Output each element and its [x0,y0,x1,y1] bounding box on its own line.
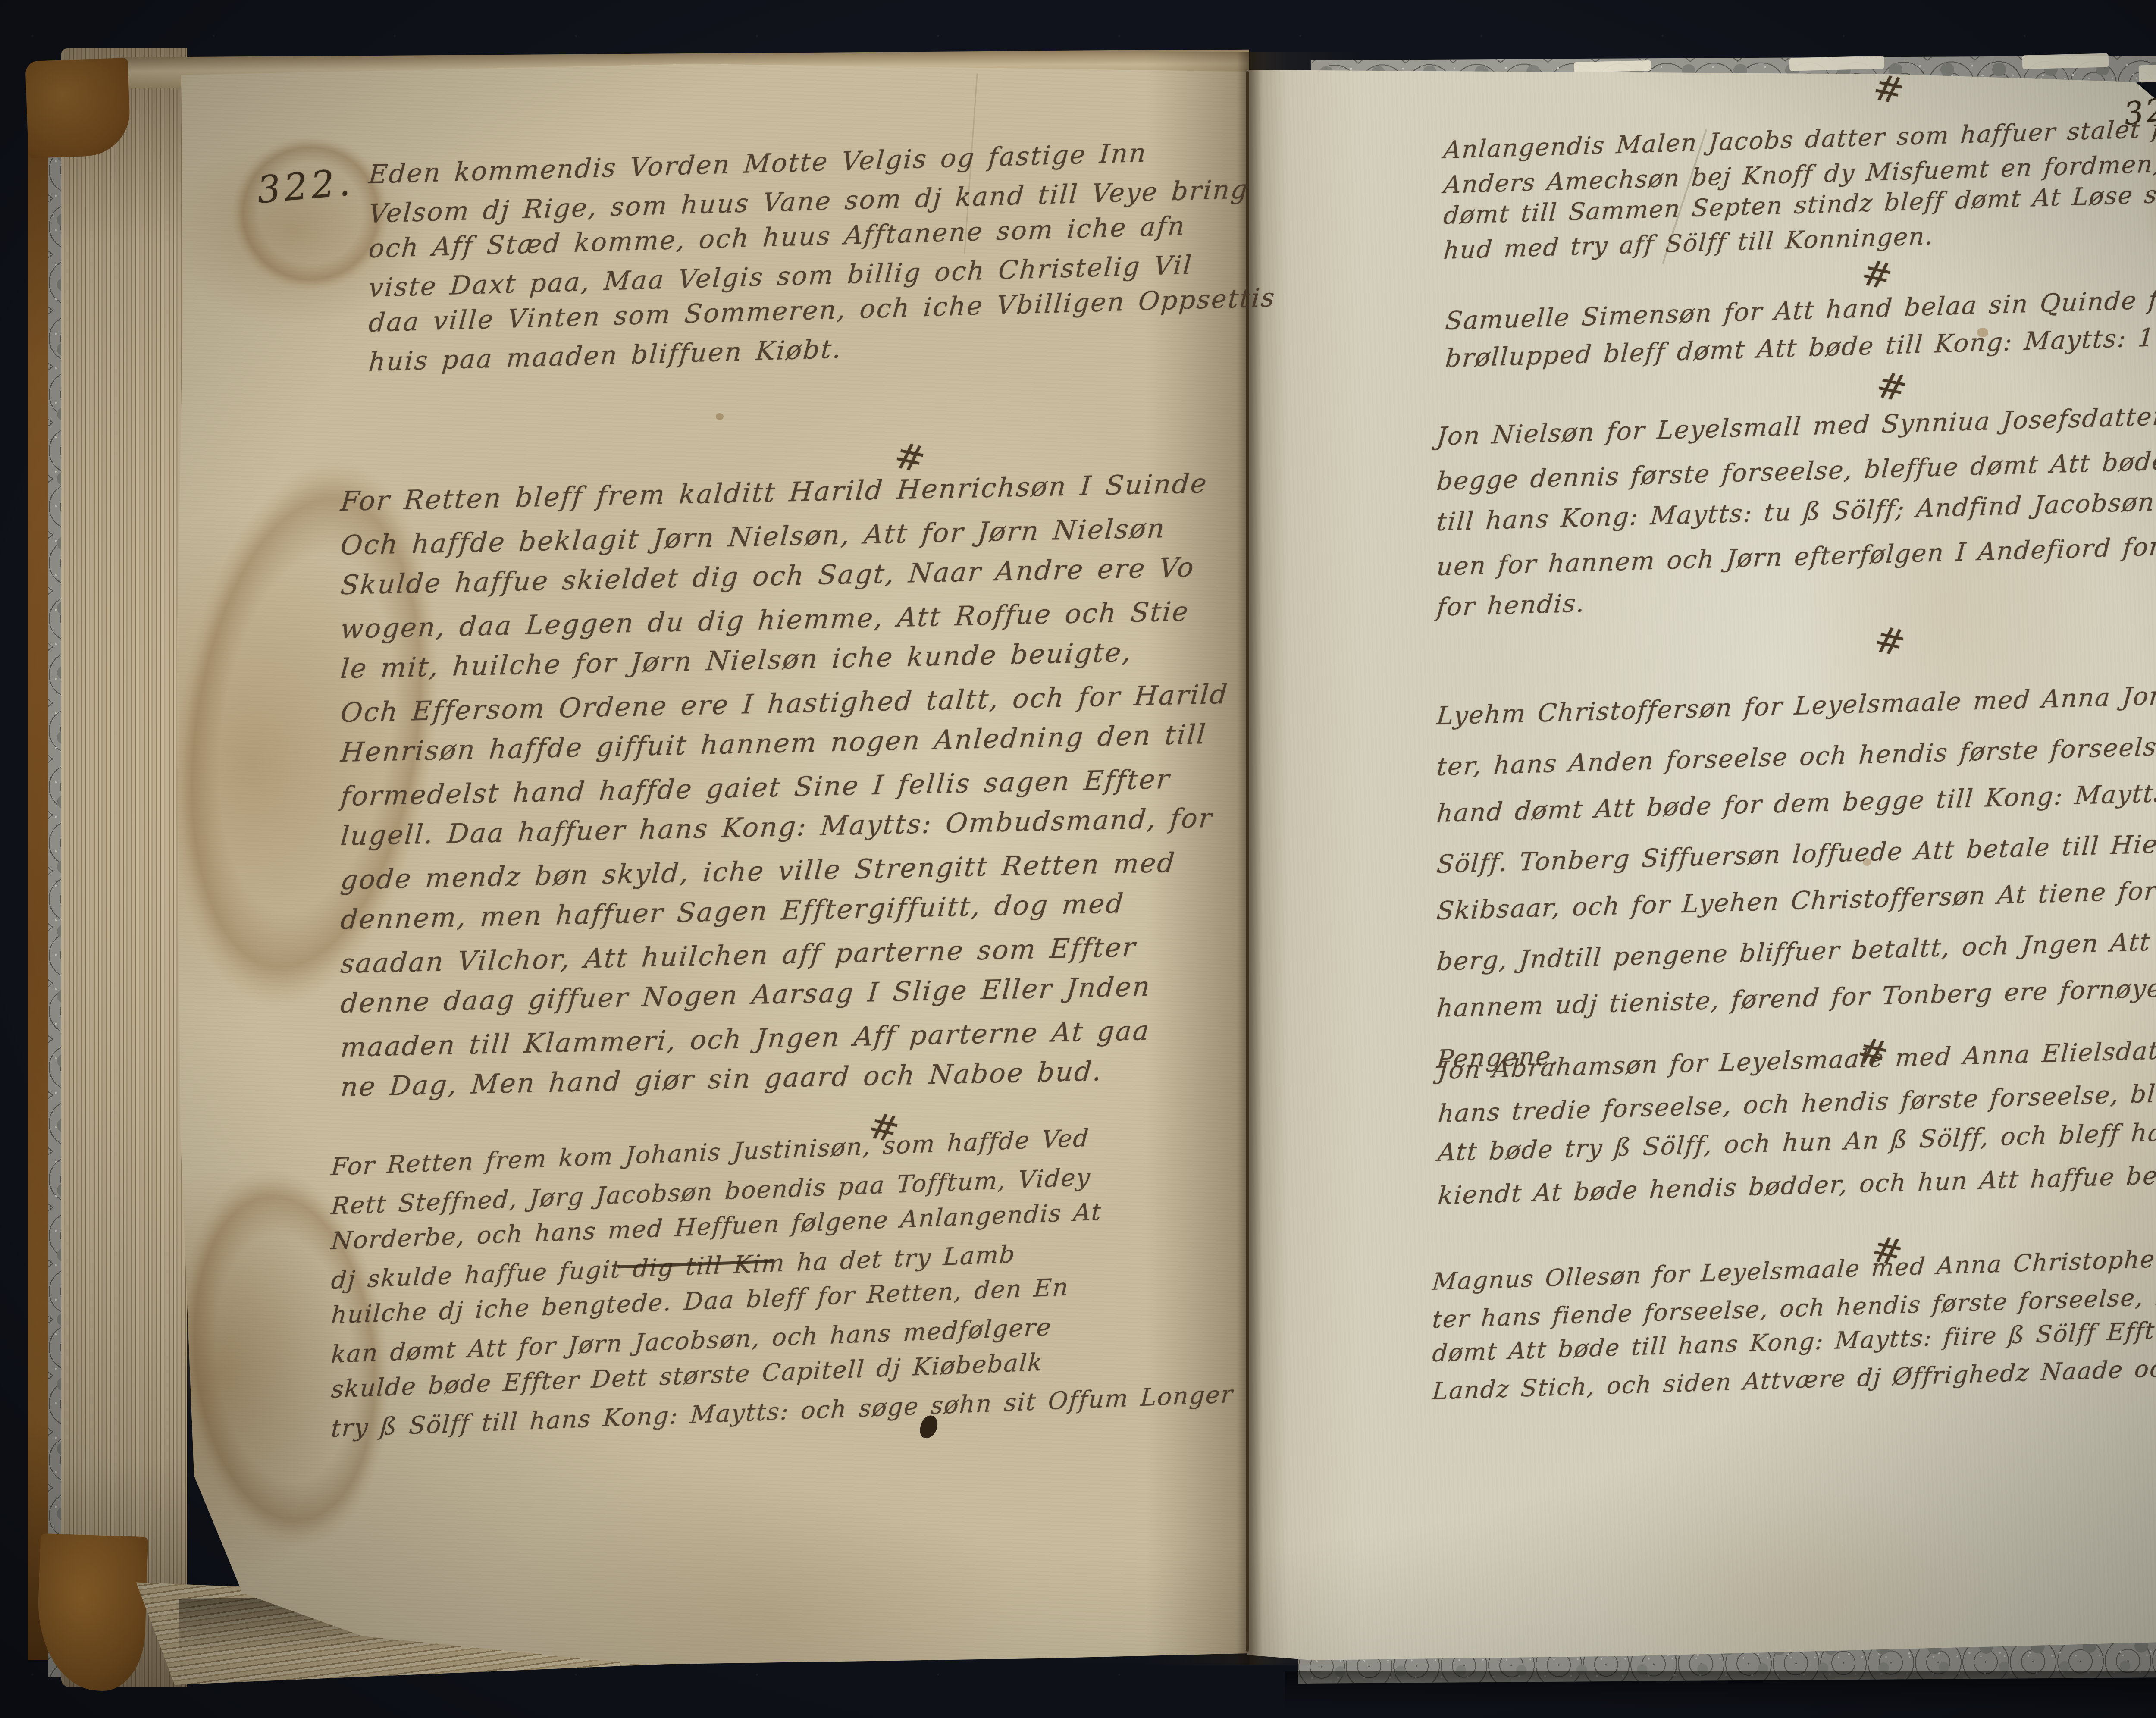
leather-corner-top-left [25,58,131,158]
foxing-spot [716,413,724,420]
torn-paper-chip [1574,60,1652,72]
torn-paper-chip [2139,64,2156,83]
torn-paper-chip [2022,53,2109,69]
binding-fold-line [1246,71,1249,1652]
photograph-of-open-manuscript-book: 322. Eden kommendis Vorden Motte Velgis … [0,0,2156,1718]
torn-paper-chip [1789,56,1885,71]
foxing-spot [1065,655,1071,661]
page-stack-fore-edge [61,48,187,1687]
left-page-322 [177,53,1250,1666]
foxing-spot [1863,858,1871,866]
book-bottom-shadow [1285,1671,2156,1710]
right-page-323 [1247,64,2156,1660]
foxing-spot [1977,328,1988,337]
